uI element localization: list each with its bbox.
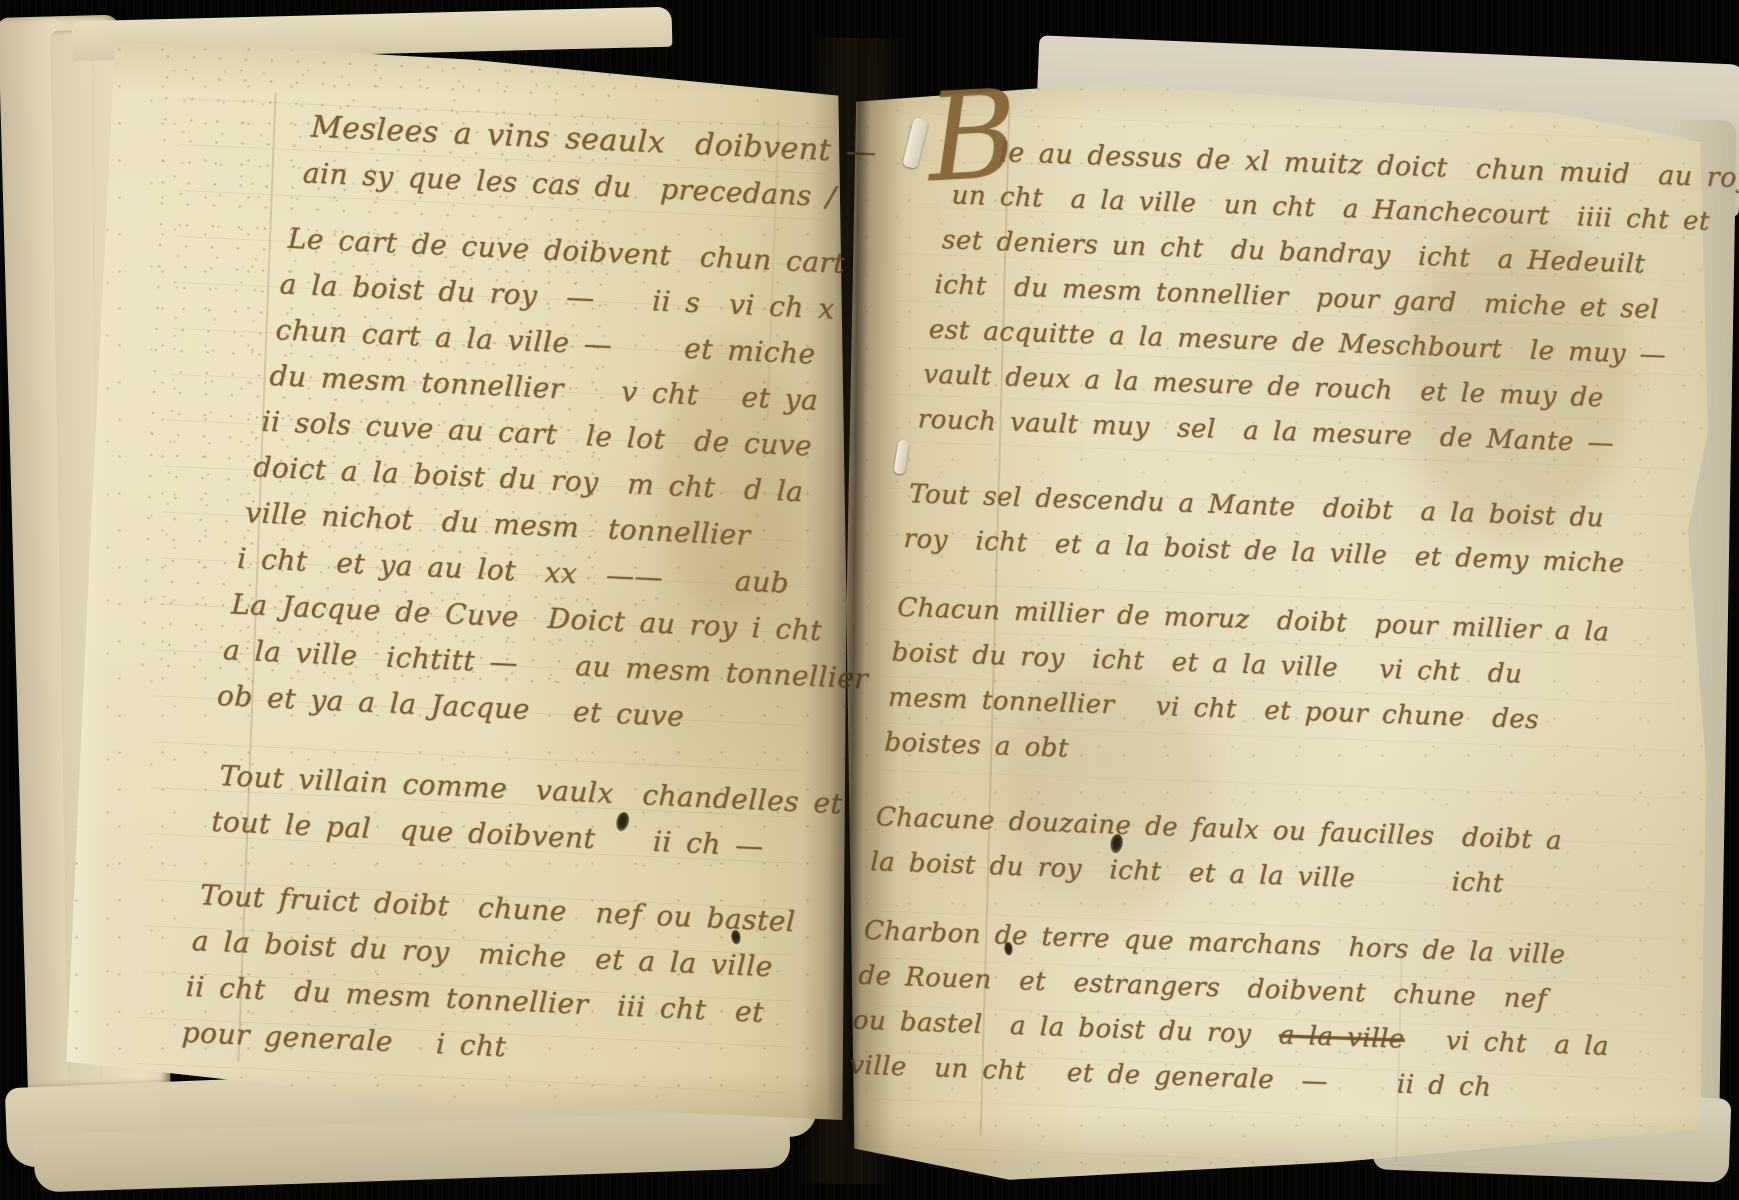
manuscript-photo: Meslees a vins seaulx doibvent —ain sy q… [0,0,1739,1200]
right-page-text: B le au dessus de xl muitz doict chun mu… [908,128,1661,1116]
left-page-text: Meslees a vins seaulx doibvent —ain sy q… [257,104,860,1084]
